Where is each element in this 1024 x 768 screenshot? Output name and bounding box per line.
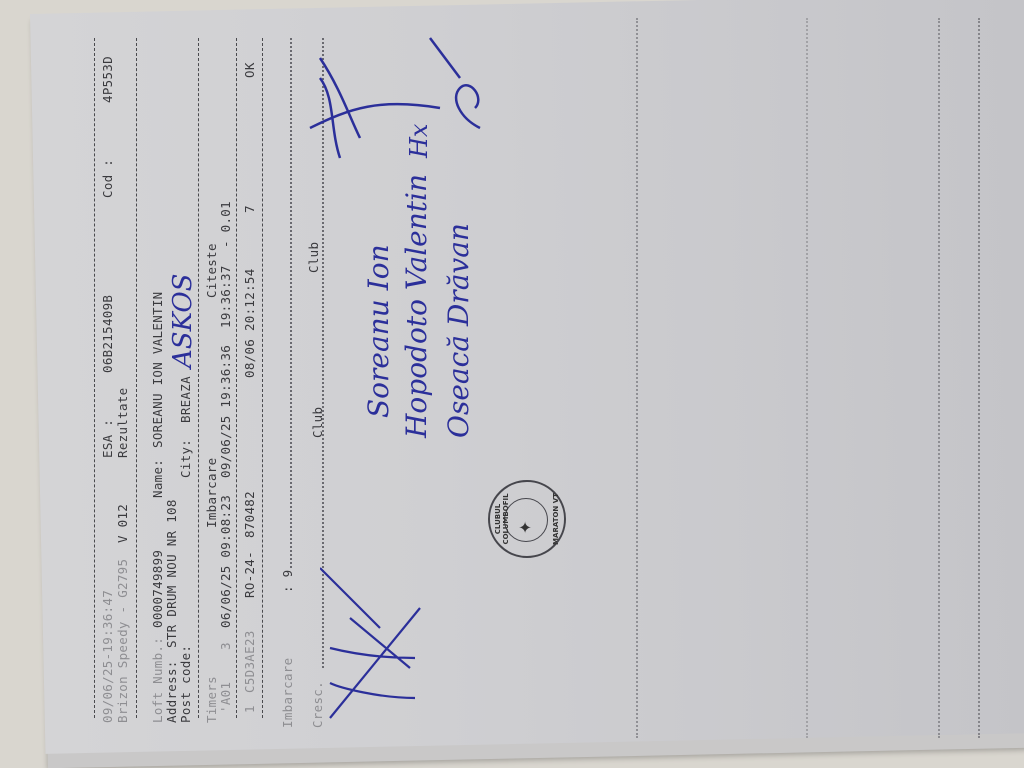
- section-title: Rezultate: [115, 388, 130, 458]
- signature-2: [320, 528, 430, 728]
- club-stamp: CLUBUL COLUMBOFIL ✦ MARATON VT: [488, 480, 566, 558]
- perforation-line: [938, 18, 940, 738]
- result-arrival: 08/06 20:12:54: [242, 268, 257, 378]
- timer-diff: - 0.01: [218, 201, 233, 248]
- address-value: STR DRUM NOU NR 108: [164, 499, 179, 648]
- signer-name-3: Oseacă Drăvan: [442, 223, 475, 438]
- cod-label: Cod :: [100, 159, 115, 198]
- address-label: Address:: [164, 660, 179, 723]
- result-count: 7: [242, 205, 257, 213]
- timer-citeste-start: 09/06/25 19:36:36: [218, 345, 233, 478]
- stamp-top-text: CLUBUL COLUMBOFIL: [494, 482, 510, 556]
- footer-imbarcare-label: Imbarcare: [280, 658, 295, 728]
- result-index: 1: [242, 705, 257, 713]
- version: V 012: [115, 504, 130, 543]
- name-value: SOREANU ION VALENTIN: [150, 291, 165, 448]
- signature-1: [300, 28, 500, 168]
- divider: [262, 38, 263, 718]
- imbarcare-header: Imbarcare: [204, 458, 219, 528]
- timer-imbarcare: 06/06/25 09:08:23: [218, 495, 233, 628]
- perforation-line: [636, 18, 638, 738]
- city-label: City:: [178, 439, 193, 478]
- perforation-line: [978, 18, 980, 738]
- esa-value: 06B215409B: [100, 295, 115, 373]
- name-label: Name:: [150, 459, 165, 498]
- postcode-label: Post code:: [178, 645, 193, 723]
- result-chip: C5D3AE23: [242, 630, 257, 693]
- cod-value: 4P553D: [100, 56, 115, 103]
- timer-n: 3: [218, 642, 233, 650]
- divider: [198, 38, 199, 718]
- result-status: OK: [242, 62, 257, 78]
- header-datetime: 09/06/25-19:36:47: [100, 590, 115, 723]
- signer-name-1: Soreanu Ion: [362, 244, 395, 418]
- result-ring-prefix: RO-24-: [242, 551, 257, 598]
- stamp-bottom-text: MARATON VT: [552, 482, 560, 556]
- document-content: 09/06/25-19:36:47 ESA : 06B215409B Cod :…: [0, 0, 1024, 768]
- club-label-2: Club: [306, 242, 321, 273]
- result-ring-number: 870482: [242, 491, 257, 538]
- timer-id: 'A01: [218, 682, 233, 713]
- city-value: BREAZA: [178, 376, 193, 423]
- divider: [136, 38, 137, 718]
- divider: [236, 38, 237, 718]
- dotted-line: [290, 38, 292, 568]
- perforation-line: [806, 18, 808, 738]
- divider: [94, 38, 95, 718]
- citeste-header: Citeste: [204, 243, 219, 298]
- system-name: Brizon Speedy - G2795: [115, 559, 130, 723]
- signer-name-2: Hopodoto Valentin: [400, 174, 433, 438]
- loft-label: Loft Numb.:: [150, 637, 165, 723]
- handwritten-annotation: ASKOS: [168, 274, 198, 368]
- dove-icon: ✦: [512, 521, 538, 534]
- timer-citeste-end: 19:36:37: [218, 265, 233, 328]
- loft-value: 0000749899: [150, 550, 165, 628]
- footer-imbarcare-value: : 9: [280, 570, 295, 593]
- timers-label: Timers: [204, 676, 219, 723]
- esa-label: ESA :: [100, 419, 115, 458]
